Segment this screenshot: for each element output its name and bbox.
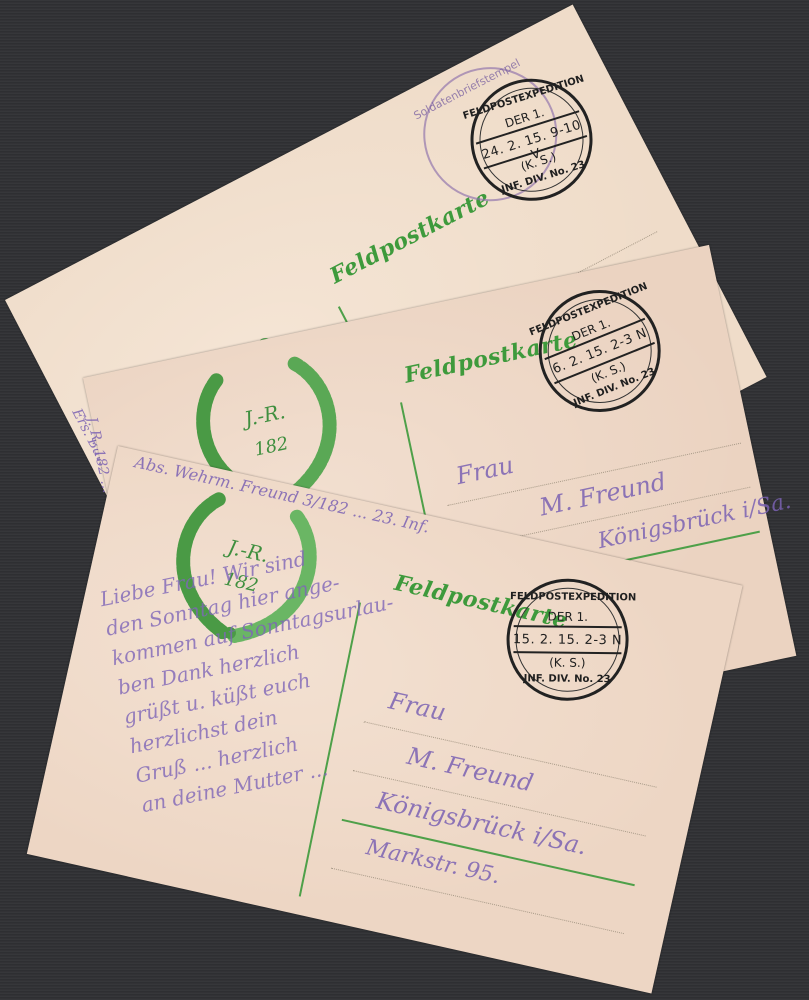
address-line-4: Markstr. 95. bbox=[364, 835, 503, 889]
address-line-1: Frau bbox=[454, 451, 516, 490]
postmark-top: FELDPOSTEXPEDITION bbox=[510, 591, 626, 603]
card-title: Feldpostkarte bbox=[326, 185, 495, 290]
postmark: FELDPOSTEXPEDITION DER 1. 6. 2. 15. 2-3 … bbox=[520, 272, 679, 431]
postmark-der: DER 1. bbox=[510, 609, 626, 624]
address-line-2: M. Freund bbox=[537, 467, 668, 521]
address-line-2: M. Freund bbox=[404, 742, 535, 797]
postmark-date: 15. 2. 15. 2-3 N bbox=[509, 632, 625, 648]
postmark: FELDPOSTEXPEDITION DER 1. 15. 2. 15. 2-3… bbox=[506, 578, 629, 701]
postmark-bottom: JNF. DIV. No. 23 bbox=[509, 673, 625, 685]
postmark-ks: (K. S.) bbox=[509, 655, 625, 670]
